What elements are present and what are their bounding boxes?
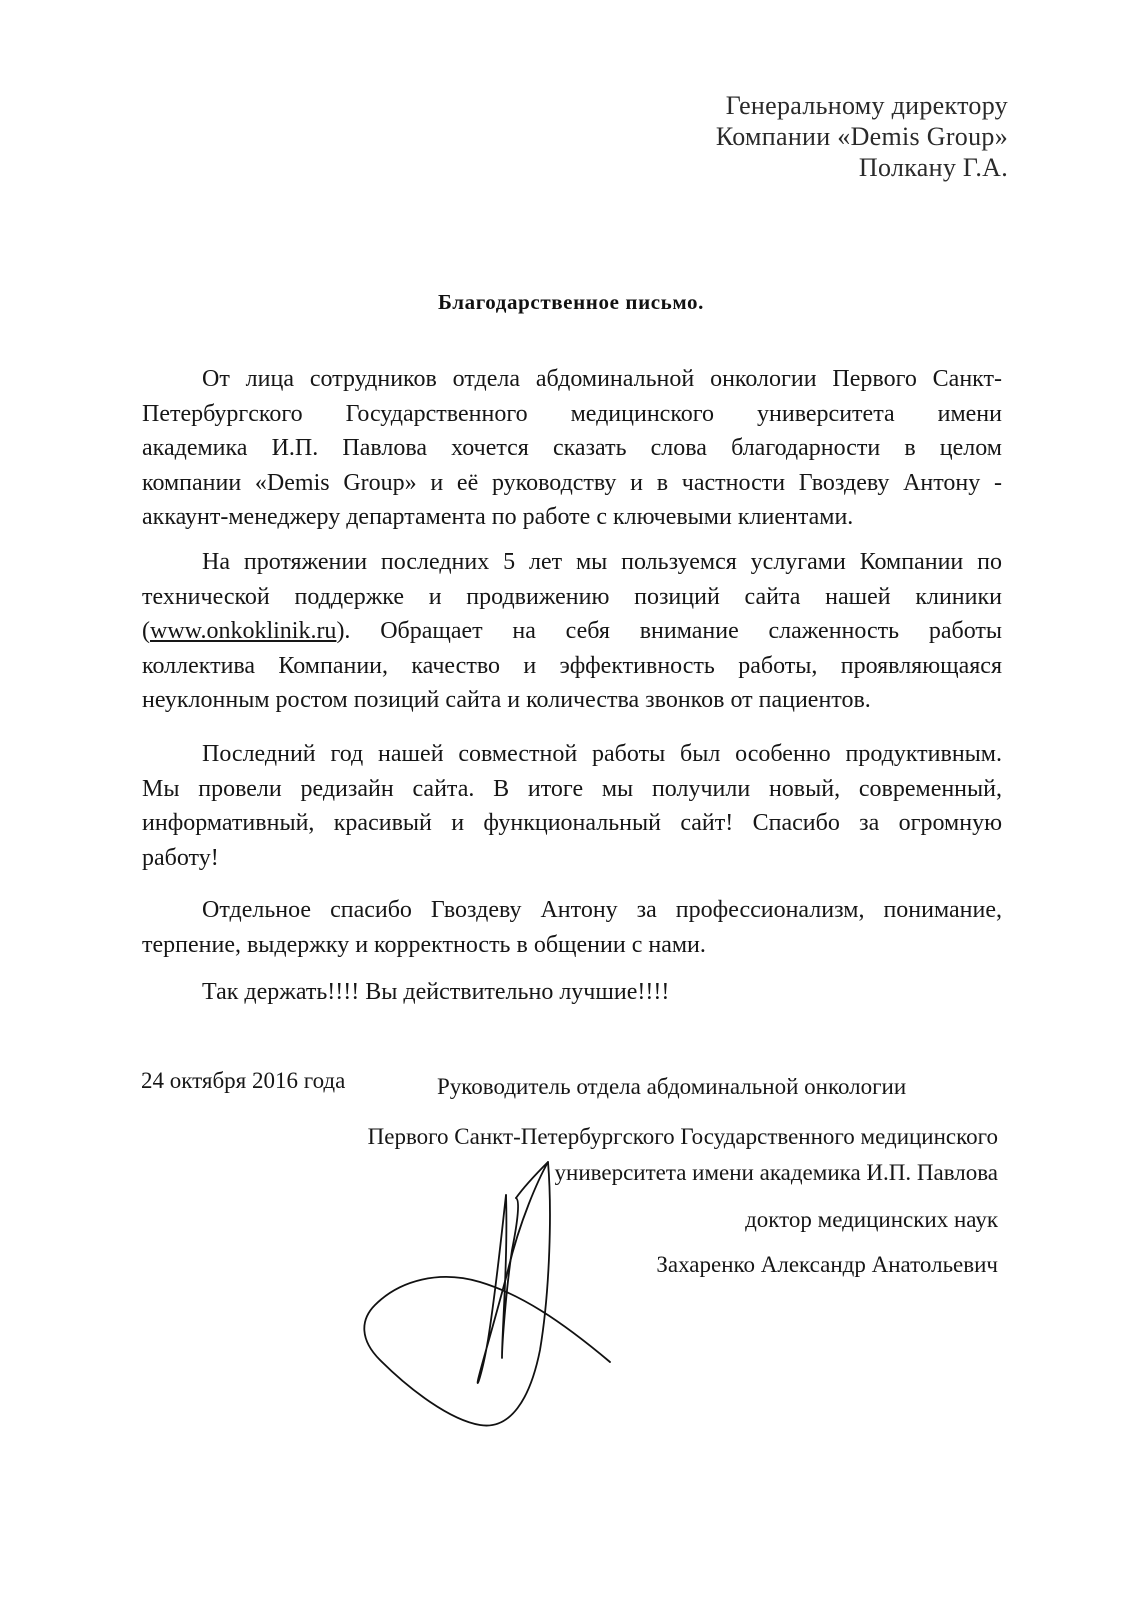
paragraph-line: Петербургского Государственного медицинс… [142, 397, 1002, 432]
letter-title: Благодарственное письмо. [0, 290, 1142, 315]
signatory-org-line1: Первого Санкт-Петербургского Государстве… [368, 1124, 998, 1150]
paragraph-line: коллектива Компании, качество и эффектив… [142, 649, 1002, 684]
paragraph-4: Отдельное спасибо Гвоздеву Антону за про… [142, 893, 1002, 962]
signatory-degree: доктор медицинских наук [745, 1207, 998, 1233]
paragraph-line: компании «Demis Group» и её руководству … [142, 466, 1002, 501]
paragraph-line: Так держать!!!! Вы действительно лучшие!… [142, 975, 1002, 1010]
paragraph-3: Последний год нашей совместной работы бы… [142, 737, 1002, 875]
paragraph-line: Мы провели редизайн сайта. В итоге мы по… [142, 772, 1002, 807]
paragraph-2: На протяжении последних 5 лет мы пользуе… [142, 545, 1002, 718]
paragraph-line: Отдельное спасибо Гвоздеву Антону за про… [142, 893, 1002, 928]
paragraph-line-rest: ). Обращает на себя внимание слаженность… [336, 618, 1002, 644]
letter-page: Генеральному директору Компании «Demis G… [0, 0, 1142, 1600]
paragraph-line: неуклонным ростом позиций сайта и количе… [142, 683, 1002, 718]
paragraph-line: технической поддержке и продвижению пози… [142, 580, 1002, 615]
paragraph-line: работу! [142, 841, 1002, 876]
paragraph-1: От лица сотрудников отдела абдоминальной… [142, 362, 1002, 535]
paragraph-line: От лица сотрудников отдела абдоминальной… [142, 362, 1002, 397]
addressee-name: Полкану Г.А. [716, 152, 1008, 183]
paragraph-line-with-link: (www.onkoklinik.ru). Обращает на себя вн… [142, 614, 1002, 649]
addressee-company: Компании «Demis Group» [716, 121, 1008, 152]
paragraph-line: На протяжении последних 5 лет мы пользуе… [142, 545, 1002, 580]
letter-date: 24 октября 2016 года [141, 1068, 345, 1094]
paragraph-line: информативный, красивый и функциональный… [142, 806, 1002, 841]
signatory-name: Захаренко Александр Анатольевич [656, 1252, 998, 1278]
paragraph-line: терпение, выдержку и корректность в обще… [142, 928, 1002, 963]
addressee-block: Генеральному директору Компании «Demis G… [716, 90, 1008, 183]
website-link[interactable]: www.onkoklinik.ru [150, 618, 336, 644]
signatory-org-line2: университета имени академика И.П. Павлов… [555, 1160, 998, 1186]
paragraph-line: аккаунт-менеджеру департамента по работе… [142, 500, 1002, 535]
paragraph-line: академика И.П. Павлова хочется сказать с… [142, 431, 1002, 466]
signatory-position: Руководитель отдела абдоминальной онколо… [437, 1074, 906, 1100]
paragraph-line: Последний год нашей совместной работы бы… [142, 737, 1002, 772]
addressee-position: Генеральному директору [716, 90, 1008, 121]
paragraph-5: Так держать!!!! Вы действительно лучшие!… [142, 975, 1002, 1010]
